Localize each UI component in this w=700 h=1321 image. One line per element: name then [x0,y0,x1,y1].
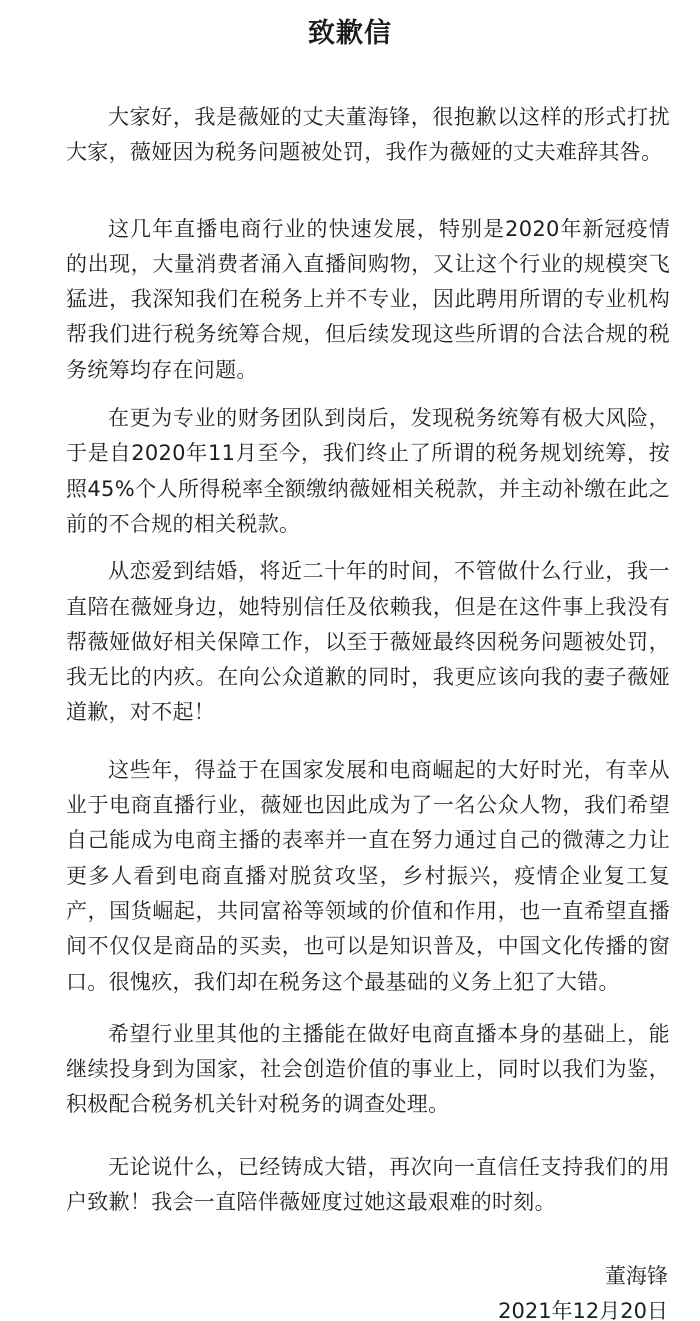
letter-paragraph-4: 从恋爱到结婚，将近二十年的时间，不管做什么行业，我一直陪在薇娅身边，她特别信任及… [66,554,670,730]
letter-paragraph-3: 在更为专业的财务团队到岗后，发现税务统筹有极大风险，于是自2020年11月至今，… [66,401,670,542]
apology-letter-page: 致歉信 大家好，我是薇娅的丈夫董海锋，很抱歉以这样的形式打扰大家，薇娅因为税务问… [0,0,700,1321]
letter-paragraph-2: 这几年直播电商行业的快速发展，特别是2020年新冠疫情的出现，大量消费者涌入直播… [66,212,670,388]
letter-paragraph-1: 大家好，我是薇娅的丈夫董海锋，很抱歉以这样的形式打扰大家，薇娅因为税务问题被处罚… [66,100,670,171]
letter-title: 致歉信 [0,16,700,52]
signature-date: 2021年12月20日 [498,1294,668,1321]
letter-body: 大家好，我是薇娅的丈夫董海锋，很抱歉以这样的形式打扰大家，薇娅因为税务问题被处罚… [66,100,670,1243]
letter-paragraph-6: 希望行业里其他的主播能在做好电商直播本身的基础上，能继续投身到为国家，社会创造价… [66,1017,670,1123]
signature-name: 董海锋 [498,1259,668,1294]
letter-paragraph-7: 无论说什么，已经铸成大错，再次向一直信任支持我们的用户致歉！我会一直陪伴薇娅度过… [66,1150,670,1221]
signature-block: 董海锋 2021年12月20日 [498,1259,668,1321]
letter-paragraph-5: 这些年，得益于在国家发展和电商崛起的大好时光，有幸从业于电商直播行业，薇娅也因此… [66,753,670,1000]
